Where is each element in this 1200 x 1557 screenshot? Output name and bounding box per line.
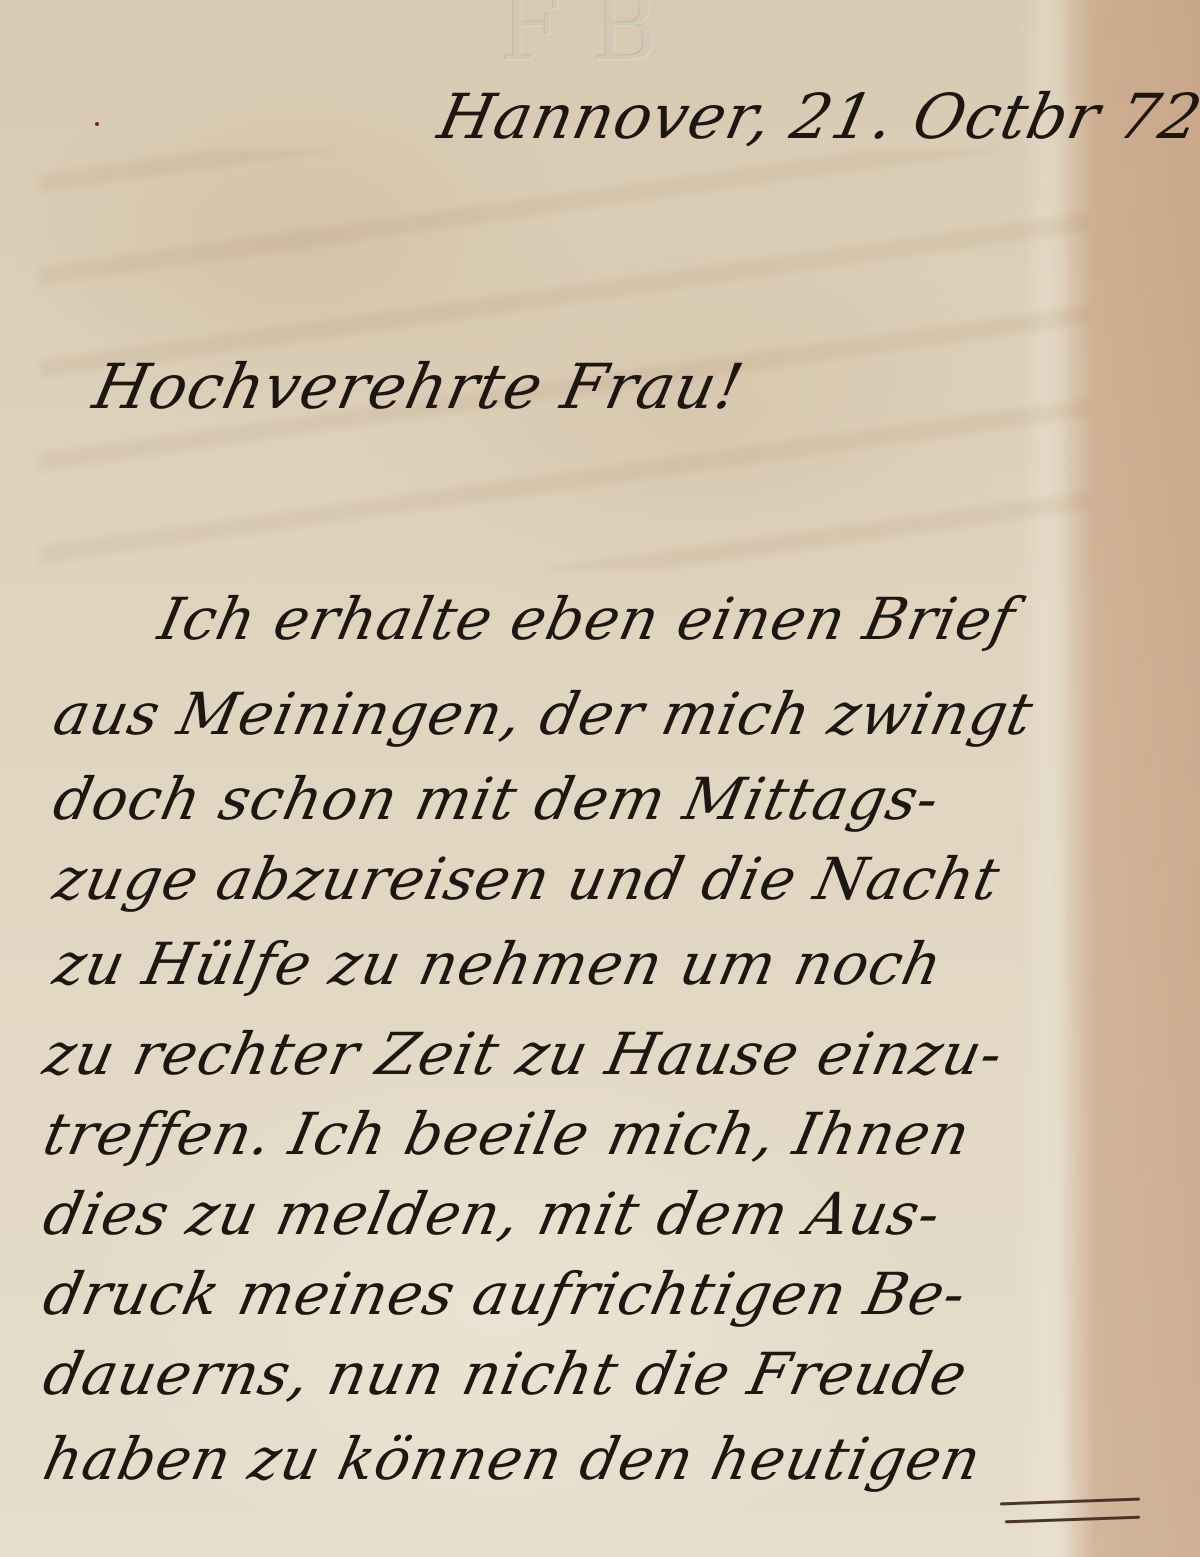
place-date-line: Hannover, 21. Octbr 72. — [432, 80, 1200, 153]
body-line-11: haben zu können den heutigen — [38, 1425, 988, 1493]
body-line-1: Ich erhalte eben einen Brief — [153, 585, 1022, 653]
body-line-4: zuge abzureisen und die Nacht — [48, 845, 1007, 913]
body-line-9: druck meines aufrichtigen Be- — [38, 1260, 973, 1328]
body-line-7: treffen. Ich beeile mich, Ihnen — [38, 1100, 977, 1168]
salutation: Hochverehrte Frau! — [87, 350, 750, 423]
body-line-5: zu Hülfe zu nehmen um noch — [48, 930, 949, 998]
body-line-6: zu rechter Zeit zu Hause einzu- — [38, 1020, 1010, 1088]
body-line-3: doch schon mit dem Mittags- — [48, 765, 946, 833]
letter-page: FB Hannover, 21. Octbr 72. Hochverehrte … — [0, 0, 1200, 1557]
body-line-8: dies zu melden, mit dem Aus- — [38, 1180, 947, 1248]
emboss-mark: FB — [500, 0, 700, 70]
body-line-10: dauerns, nun nicht die Freude — [38, 1340, 974, 1408]
body-line-2: aus Meiningen, der mich zwingt — [48, 680, 1040, 748]
ink-speck — [95, 122, 99, 126]
